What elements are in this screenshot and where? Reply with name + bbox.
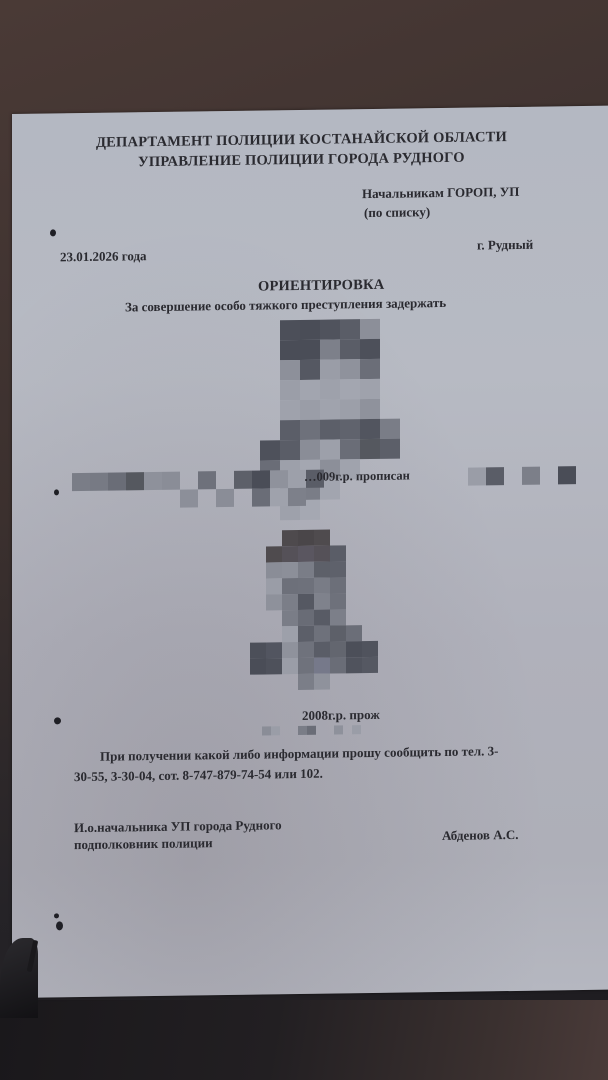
addressee-note: (по списку) bbox=[364, 204, 430, 221]
request-text-line-2: 30-55, 3-30-04, сот. 8-747-879-74-54 или… bbox=[74, 766, 323, 785]
ink-dot bbox=[56, 921, 63, 930]
header-department: ДЕПАРТАМЕНТ ПОЛИЦИИ КОСТАНАЙСКОЙ ОБЛАСТИ bbox=[96, 129, 507, 152]
document-sheet: ДЕПАРТАМЕНТ ПОЛИЦИИ КОСТАНАЙСКОЙ ОБЛАСТИ… bbox=[12, 106, 608, 998]
document-subtitle: За совершение особо тяжкого преступления… bbox=[125, 295, 446, 315]
signatory-position: И.о.начальника УП города Рудного bbox=[74, 817, 282, 836]
redacted-person-2-details bbox=[262, 725, 372, 739]
ink-dot bbox=[54, 913, 59, 918]
signatory-rank: подполковник полиции bbox=[74, 835, 213, 853]
redacted-photo-2 bbox=[250, 529, 378, 693]
person-2-visible-fragment: 2008г.р. прож bbox=[302, 707, 380, 724]
document-city: г. Рудный bbox=[477, 237, 533, 254]
ink-dot bbox=[50, 229, 56, 236]
ink-dot bbox=[54, 717, 61, 724]
signatory-name: Абденов А.С. bbox=[442, 827, 518, 844]
person-1-visible-fragment: …009г.р. прописан bbox=[304, 468, 410, 484]
request-text-line-1: При получении какой либо информации прош… bbox=[100, 743, 498, 765]
document-title: ОРИЕНТИРОВКА bbox=[258, 277, 384, 296]
addressee: Начальникам ГОРОП, УП bbox=[362, 184, 519, 202]
document-date: 23.01.2026 года bbox=[60, 248, 147, 265]
background-surface bbox=[0, 1000, 608, 1080]
header-police-office: УПРАВЛЕНИЕ ПОЛИЦИИ ГОРОДА РУДНОГО bbox=[138, 150, 465, 172]
ink-dot bbox=[54, 489, 59, 495]
